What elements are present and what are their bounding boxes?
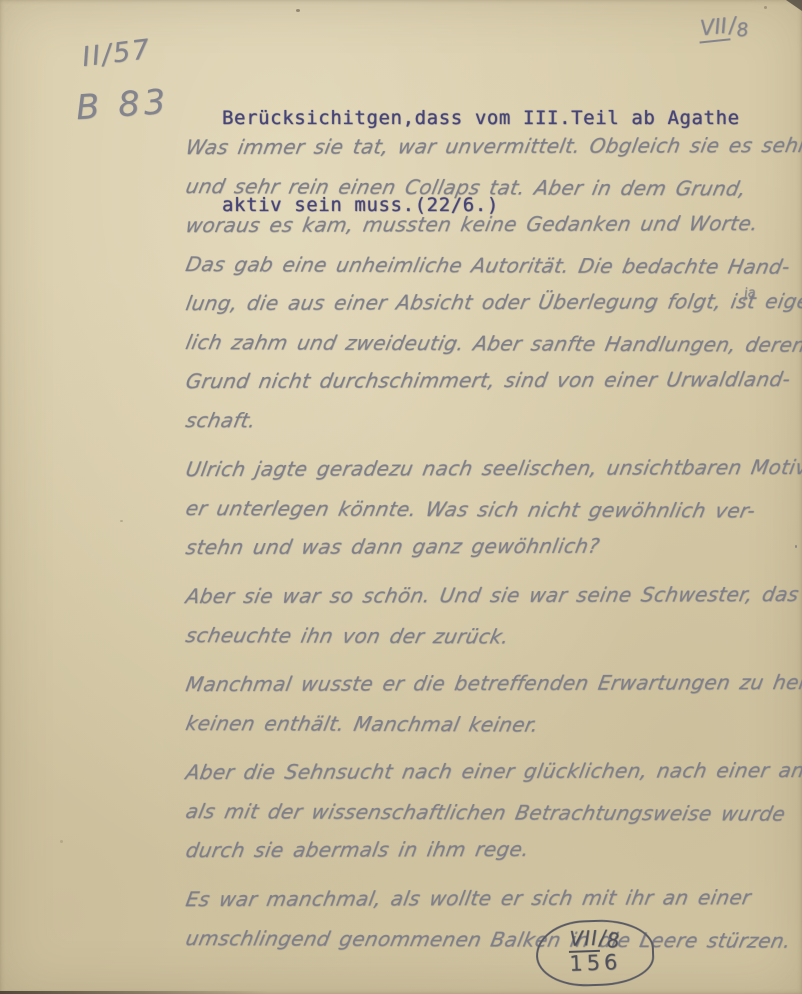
handwriting-line: Was immer sie tat, war unvermittelt. Obg… (183, 126, 802, 167)
paragraph-1: Was immer sie tat, war unvermittelt. Obg… (186, 128, 798, 440)
paragraph-2: Ulrich jagte geradezu nach seelischen, u… (186, 450, 798, 567)
handwriting-line: schaft. (182, 401, 801, 443)
handwritten-body: Was immer sie tat, war unvermittelt. Obg… (186, 128, 798, 968)
paragraph-5: Aber die Sehnsucht nach einer glückliche… (186, 753, 798, 870)
paragraph-3: Aber sie war so schön. Und sie war seine… (186, 577, 798, 655)
paper-speck (60, 840, 63, 843)
handwriting-line: als mit der wissenschaftlichen Betrachtu… (182, 792, 801, 834)
paper-speck (764, 6, 767, 9)
handwriting-line: Manchmal wusste er die betreffenden Erwa… (183, 663, 802, 704)
paper-speck (296, 9, 300, 12)
archive-folio-stamp: VII/8 156 (535, 918, 655, 988)
handwriting-line: lung, die aus einer Absicht oder Überleg… (183, 282, 802, 323)
paper-speck (120, 520, 123, 522)
handwriting-line: stehn und was dann ganz gewöhnlich? (183, 526, 802, 567)
handwriting-line: lich zahm und zweideutig. Aber sanfte Ha… (182, 323, 801, 365)
paper-speck (795, 545, 797, 548)
manuscript-scan-page: II/57 B 83 VII/8 Berücksichitgen,dass vo… (0, 0, 802, 994)
stamp-folio-number: 8 (606, 928, 621, 952)
handwriting-line: Das gab eine unheimliche Autorität. Die … (182, 245, 801, 287)
handwriting-line: umschlingend genommenen Balken in die Le… (182, 919, 801, 961)
handwriting-line: scheuchte ihn von der zurück. (182, 616, 801, 658)
stamp-page-number: 156 (538, 949, 653, 977)
pencil-folio-top-right: VII/8 (697, 11, 749, 40)
handwriting-line: er unterlegen könnte. Was sich nicht gew… (182, 489, 801, 531)
paragraph-6: Es war manchmal, als wollte er sich mit … (186, 880, 798, 958)
handwriting-line: Es war manchmal, als wollte er sich mit … (183, 878, 802, 919)
stamp-folio: VII/8 (537, 924, 652, 952)
handwriting-line: durch sie abermals in ihm rege. (183, 829, 802, 870)
folio-number: 8 (735, 18, 749, 41)
pencil-shelfmark: II/57 B 83 (82, 38, 169, 125)
folio-numeral: VII (697, 13, 730, 43)
interlinear-insertion: ja (743, 286, 756, 302)
handwriting-line: Aber sie war so schön. Und sie war seine… (183, 575, 802, 616)
stamp-folio-numeral: VII (568, 926, 599, 953)
handwriting-line: Aber die Sehnsucht nach einer glückliche… (183, 751, 802, 792)
shelfmark-line-2: B 83 (75, 82, 171, 128)
shelfmark-line-1: II/57 (80, 34, 153, 73)
handwriting-line: Grund nicht durchschimmert, sind von ein… (183, 360, 802, 401)
handwriting-line: und sehr rein einen Collaps tat. Aber in… (182, 167, 801, 209)
paragraph-4: Manchmal wusste er die betreffenden Erwa… (186, 665, 798, 743)
scan-corner-artifact (786, 0, 802, 11)
handwriting-line: keinen enthält. Manchmal keiner. (182, 704, 801, 746)
handwriting-line: Ulrich jagte geradezu nach seelischen, u… (183, 448, 802, 489)
handwriting-line: woraus es kam, mussten keine Gedanken un… (183, 204, 802, 245)
